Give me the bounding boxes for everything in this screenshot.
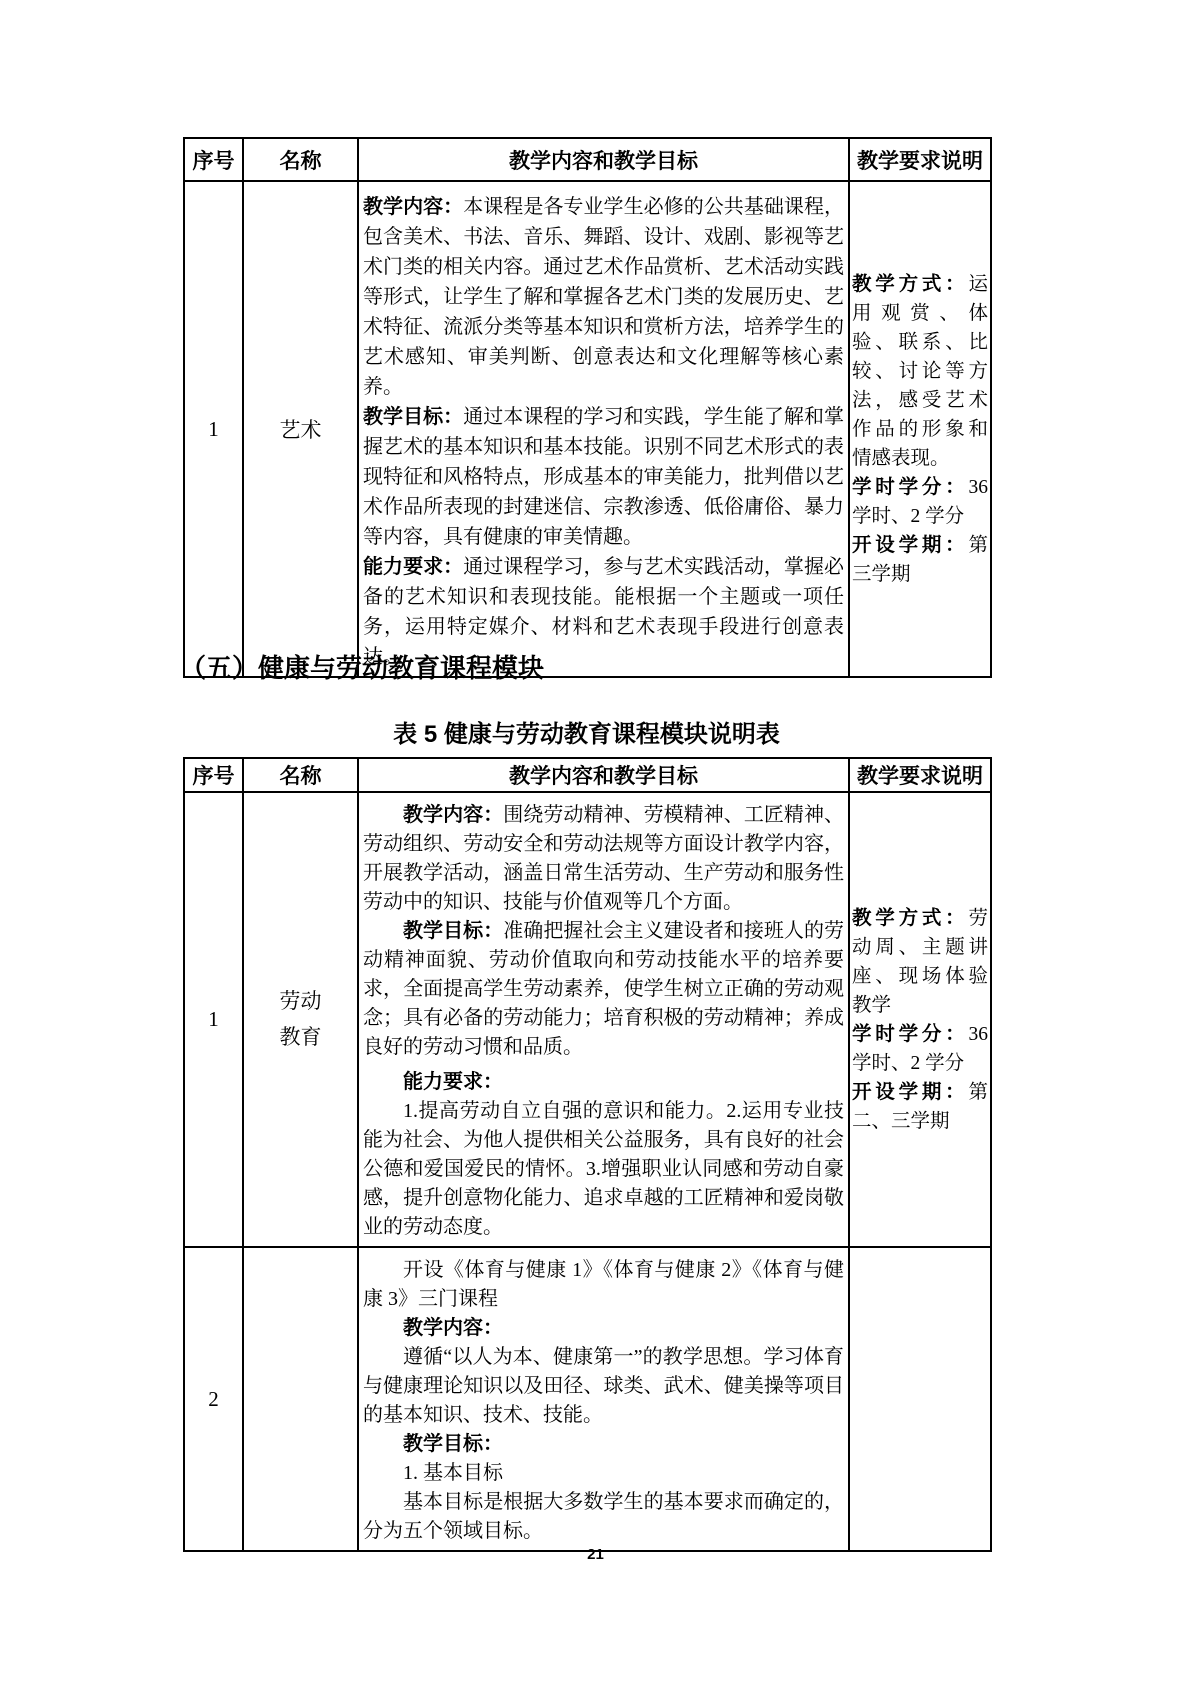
- col-header-name: 名称: [243, 138, 358, 181]
- table1-row-art: 1 艺术 教学内容：本课程是各专业学生必修的公共基础课程，包含美术、书法、音乐、…: [184, 181, 991, 677]
- table2-row-sports: 2 开设《体育与健康 1》《体育与健康 2》《体育与健康 3》三门课程 教学内容…: [184, 1247, 991, 1551]
- page-number: 21: [0, 1546, 1191, 1563]
- requirements-cell: 教学方式：劳动周、主题讲座、现场体验教学 学时学分：36 学时、2 学分 开设学…: [849, 792, 991, 1247]
- teaching-content-paragraph: 教学内容：: [363, 1314, 844, 1343]
- requirements-cell: [849, 1247, 991, 1551]
- table2-row-labor: 1 劳动教育 教学内容：围绕劳动精神、劳模精神、工匠精神、劳动组织、劳动安全和劳…: [184, 792, 991, 1247]
- semester-label: 开设学期：: [852, 535, 968, 556]
- course-name-cell: [243, 1247, 358, 1551]
- basic-goal-text: 基本目标是根据大多数学生的基本要求而确定的，分为五个领域目标。: [363, 1488, 844, 1546]
- table2-header-row: 序号 名称 教学内容和教学目标 教学要求说明: [184, 758, 991, 792]
- teaching-objectives-paragraph: 教学目标：: [363, 1430, 844, 1459]
- teaching-method-paragraph: 教学方式：运用观赏、体验、联系、比较、讨论等方法，感受艺术作品的形象和情感表现。: [852, 270, 988, 473]
- course-name-cell: 艺术: [243, 181, 358, 677]
- basic-goal-heading: 1. 基本目标: [363, 1459, 844, 1488]
- teaching-content-label: 教学内容：: [403, 804, 503, 826]
- teaching-content-paragraph: 教学内容：围绕劳动精神、劳模精神、工匠精神、劳动组织、劳动安全和劳动法规等方面设…: [363, 801, 844, 917]
- col-header-index: 序号: [184, 758, 243, 792]
- credit-hours-label: 学时学分：: [852, 477, 969, 498]
- teaching-content-label: 教学内容：: [363, 196, 463, 218]
- row-index-cell: 1: [184, 181, 243, 677]
- health-labor-table: 序号 名称 教学内容和教学目标 教学要求说明 1 劳动教育 教学内容：围绕劳动精…: [183, 757, 992, 1552]
- row-index-cell: 1: [184, 792, 243, 1247]
- ability-requirements-label: 能力要求：: [363, 556, 463, 578]
- teaching-objectives-paragraph: 教学目标：通过本课程的学习和实践，学生能了解和掌握艺术的基本知识和基本技能。识别…: [363, 402, 844, 552]
- course-name-cell: 劳动教育: [243, 792, 358, 1247]
- section-heading: （五）健康与劳动教育课程模块: [180, 648, 544, 685]
- credit-hours-paragraph: 学时学分：36 学时、2 学分: [852, 1020, 988, 1078]
- col-header-requirements: 教学要求说明: [849, 758, 991, 792]
- credit-hours-paragraph: 学时学分：36 学时、2 学分: [852, 473, 988, 531]
- semester-paragraph: 开设学期：第三学期: [852, 531, 988, 589]
- table1-header-row: 序号 名称 教学内容和教学目标 教学要求说明: [184, 138, 991, 181]
- semester-paragraph: 开设学期：第二、三学期: [852, 1078, 988, 1136]
- ability-requirements-paragraph: 能力要求：: [363, 1068, 844, 1097]
- ability-requirements-label: 能力要求：: [403, 1071, 503, 1093]
- col-header-index: 序号: [184, 138, 243, 181]
- course-name-text: 劳动教育: [278, 984, 322, 1055]
- col-header-requirements: 教学要求说明: [849, 138, 991, 181]
- col-header-content: 教学内容和教学目标: [358, 138, 849, 181]
- teaching-content-paragraph: 教学内容：本课程是各专业学生必修的公共基础课程，包含美术、书法、音乐、舞蹈、设计…: [363, 192, 844, 402]
- teaching-objectives-paragraph: 教学目标：准确把握社会主义建设者和接班人的劳动精神面貌、劳动价值取向和劳动技能水…: [363, 917, 844, 1062]
- teaching-method-label: 教学方式：: [852, 274, 968, 295]
- teaching-method-paragraph: 教学方式：劳动周、主题讲座、现场体验教学: [852, 904, 988, 1020]
- row-index-cell: 2: [184, 1247, 243, 1551]
- credit-hours-label: 学时学分：: [852, 1024, 969, 1045]
- ability-requirements-list: 1.提高劳动自立自强的意识和能力。2.运用专业技能为社会、为他人提供相关公益服务…: [363, 1097, 844, 1242]
- art-course-table: 序号 名称 教学内容和教学目标 教学要求说明 1 艺术 教学内容：本课程是各专业…: [183, 137, 992, 678]
- content-cell: 教学内容：本课程是各专业学生必修的公共基础课程，包含美术、书法、音乐、舞蹈、设计…: [358, 181, 849, 677]
- table-caption: 表 5 健康与劳动教育课程模块说明表: [183, 714, 990, 749]
- course-offering-paragraph: 开设《体育与健康 1》《体育与健康 2》《体育与健康 3》三门课程: [363, 1256, 844, 1314]
- teaching-method-label: 教学方式：: [852, 908, 968, 929]
- teaching-content-text: 本课程是各专业学生必修的公共基础课程，包含美术、书法、音乐、舞蹈、设计、戏剧、影…: [363, 196, 844, 398]
- semester-label: 开设学期：: [852, 1082, 968, 1103]
- content-cell: 教学内容：围绕劳动精神、劳模精神、工匠精神、劳动组织、劳动安全和劳动法规等方面设…: [358, 792, 849, 1247]
- col-header-content: 教学内容和教学目标: [358, 758, 849, 792]
- document-page: 序号 名称 教学内容和教学目标 教学要求说明 1 艺术 教学内容：本课程是各专业…: [0, 0, 1191, 1684]
- teaching-method-text: 运用观赏、体验、联系、比较、讨论等方法，感受艺术作品的形象和情感表现。: [852, 274, 988, 469]
- content-cell: 开设《体育与健康 1》《体育与健康 2》《体育与健康 3》三门课程 教学内容： …: [358, 1247, 849, 1551]
- col-header-name: 名称: [243, 758, 358, 792]
- teaching-content-text: 遵循“以人为本、健康第一”的教学思想。学习体育与健康理论知识以及田径、球类、武术…: [363, 1343, 844, 1430]
- teaching-content-label: 教学内容：: [403, 1317, 503, 1339]
- requirements-cell: 教学方式：运用观赏、体验、联系、比较、讨论等方法，感受艺术作品的形象和情感表现。…: [849, 181, 991, 677]
- teaching-objectives-label: 教学目标：: [403, 1433, 503, 1455]
- teaching-objectives-label: 教学目标：: [363, 406, 463, 428]
- teaching-objectives-label: 教学目标：: [403, 920, 503, 942]
